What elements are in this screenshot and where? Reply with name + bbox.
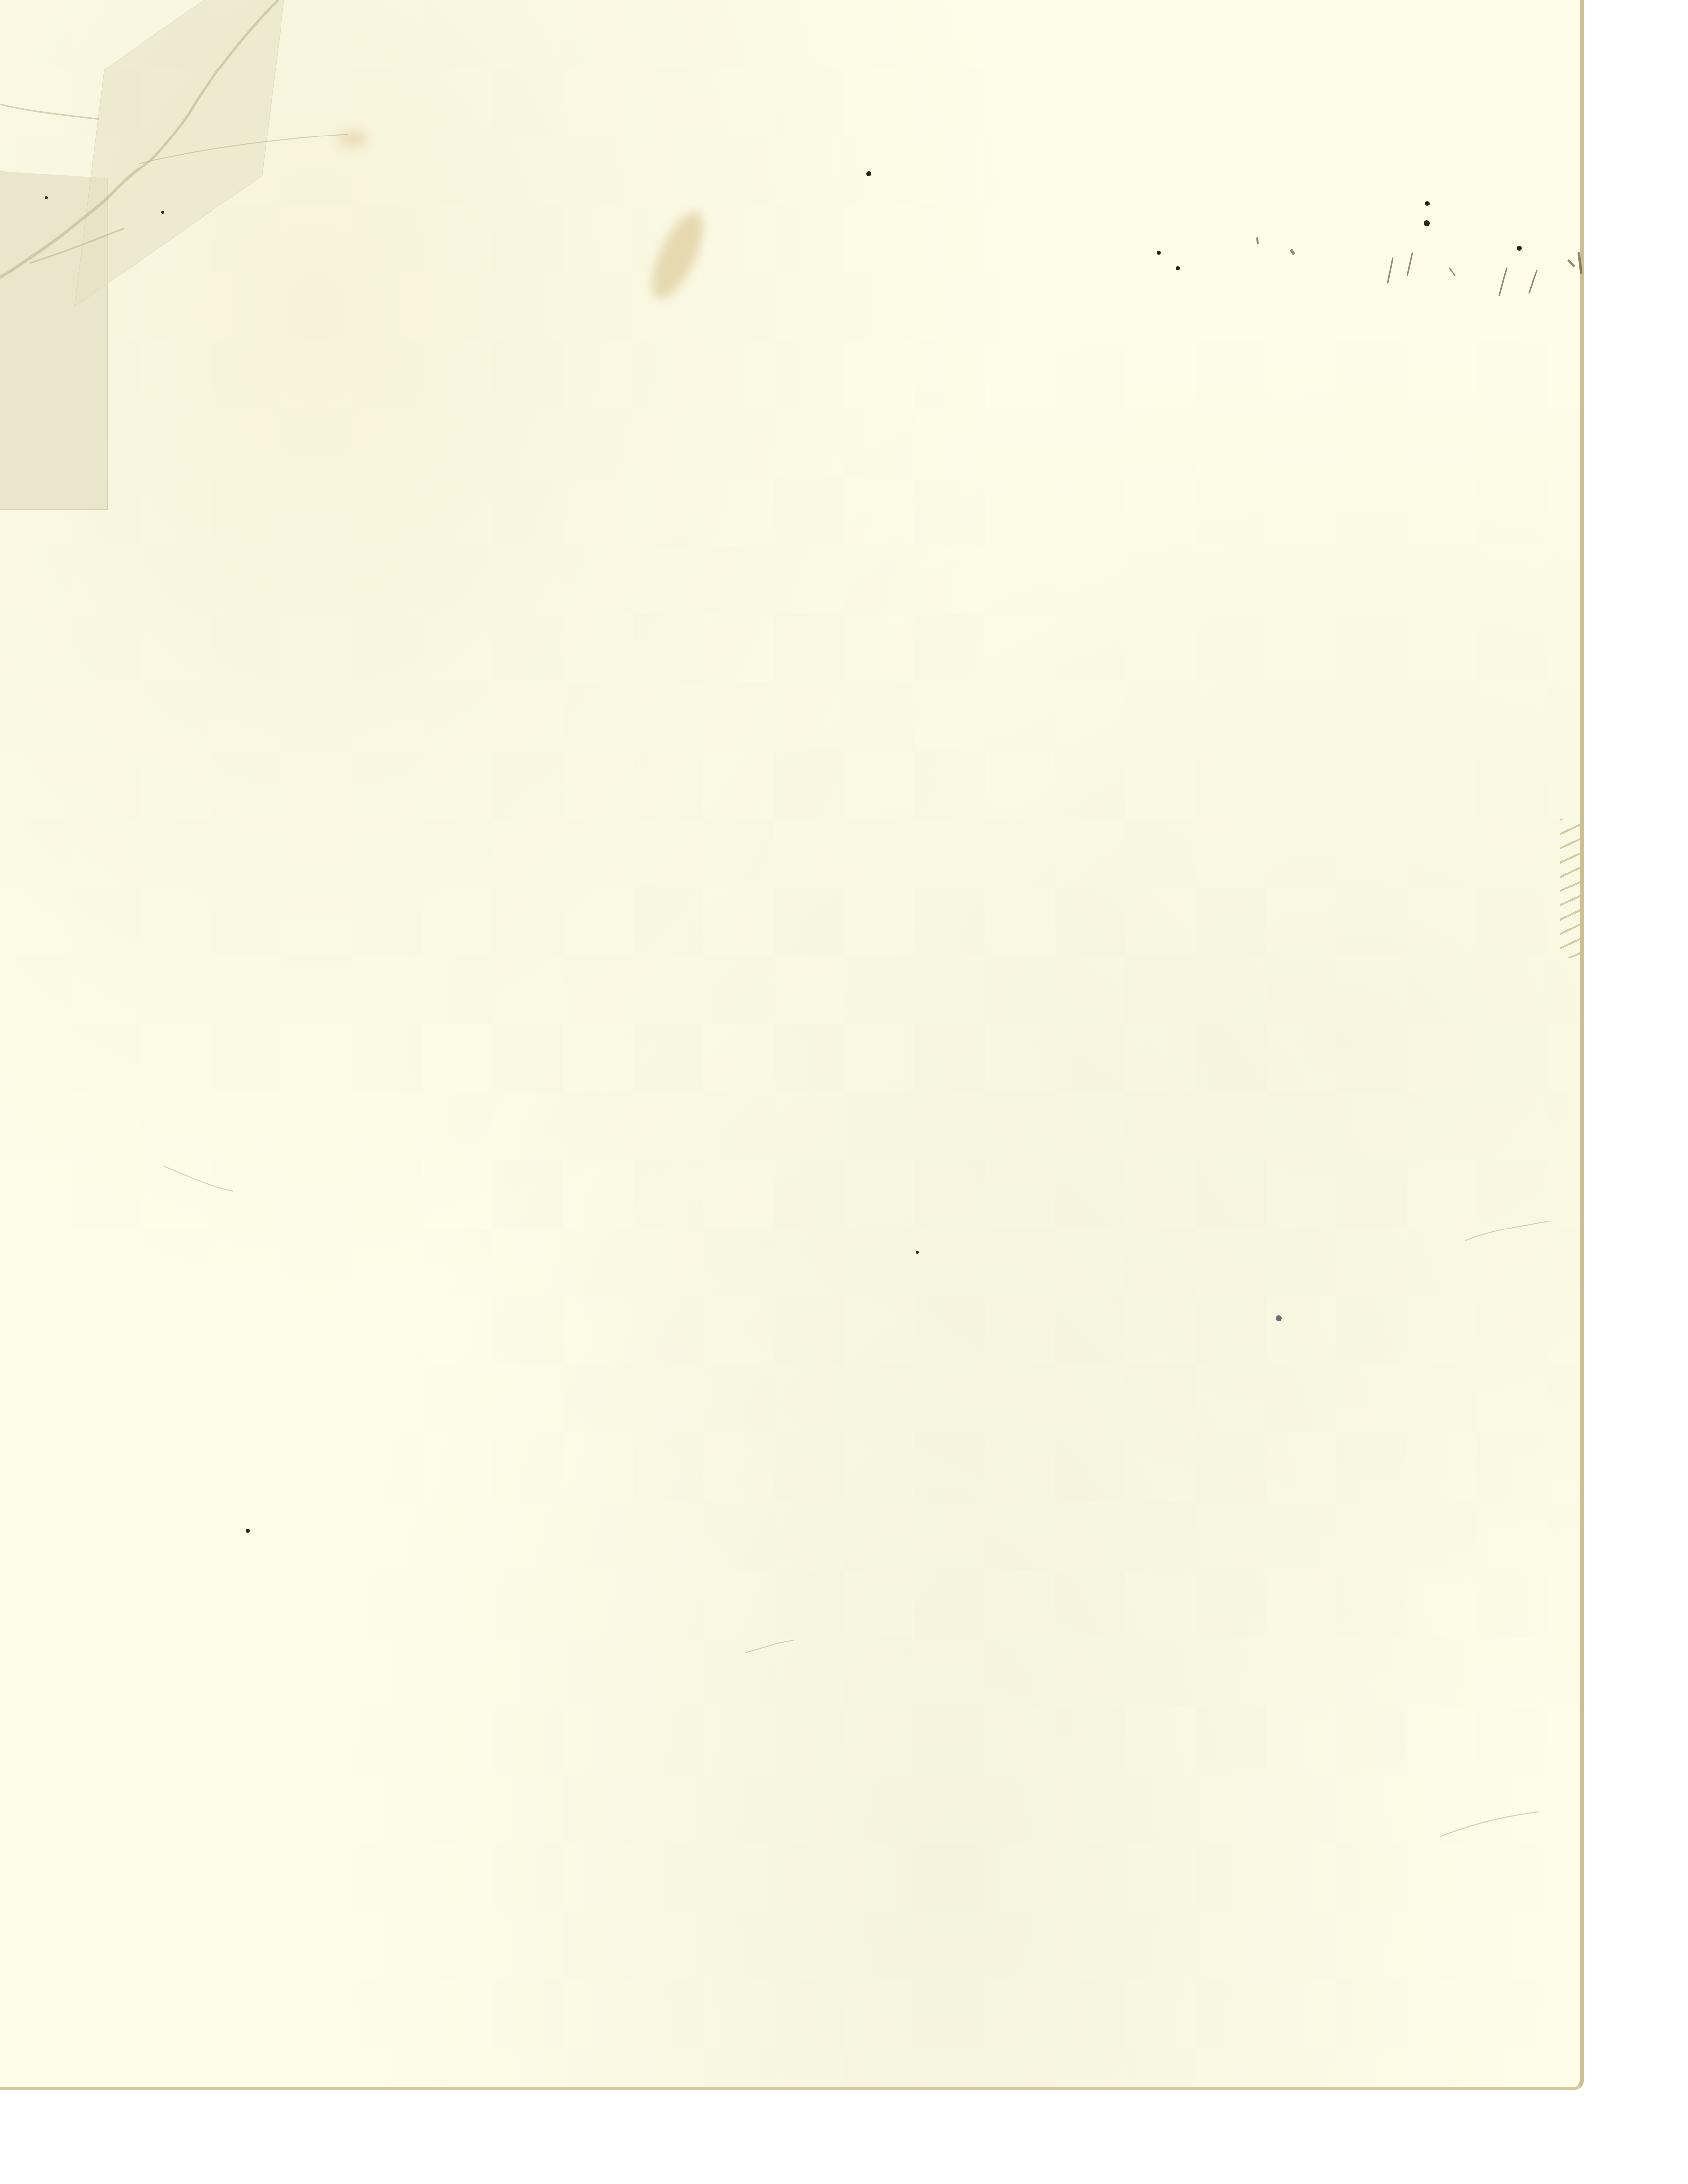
scanner-background (0, 0, 1688, 2184)
speck (161, 211, 164, 214)
speck (916, 1251, 919, 1254)
crease-lines (0, 0, 1584, 2090)
speck (246, 1529, 250, 1533)
tape-diagonal-strip (74, 0, 292, 307)
faint-ink-marks (1142, 194, 1589, 303)
stain-1 (642, 205, 713, 306)
speck (1425, 201, 1430, 206)
speck (1157, 251, 1161, 255)
torn-edge (1560, 819, 1580, 958)
stain-2 (338, 129, 367, 149)
paper-sheet (0, 0, 1584, 2090)
speck (1517, 246, 1522, 251)
speck (45, 196, 48, 199)
speck (866, 171, 871, 176)
speck (1276, 1315, 1282, 1321)
